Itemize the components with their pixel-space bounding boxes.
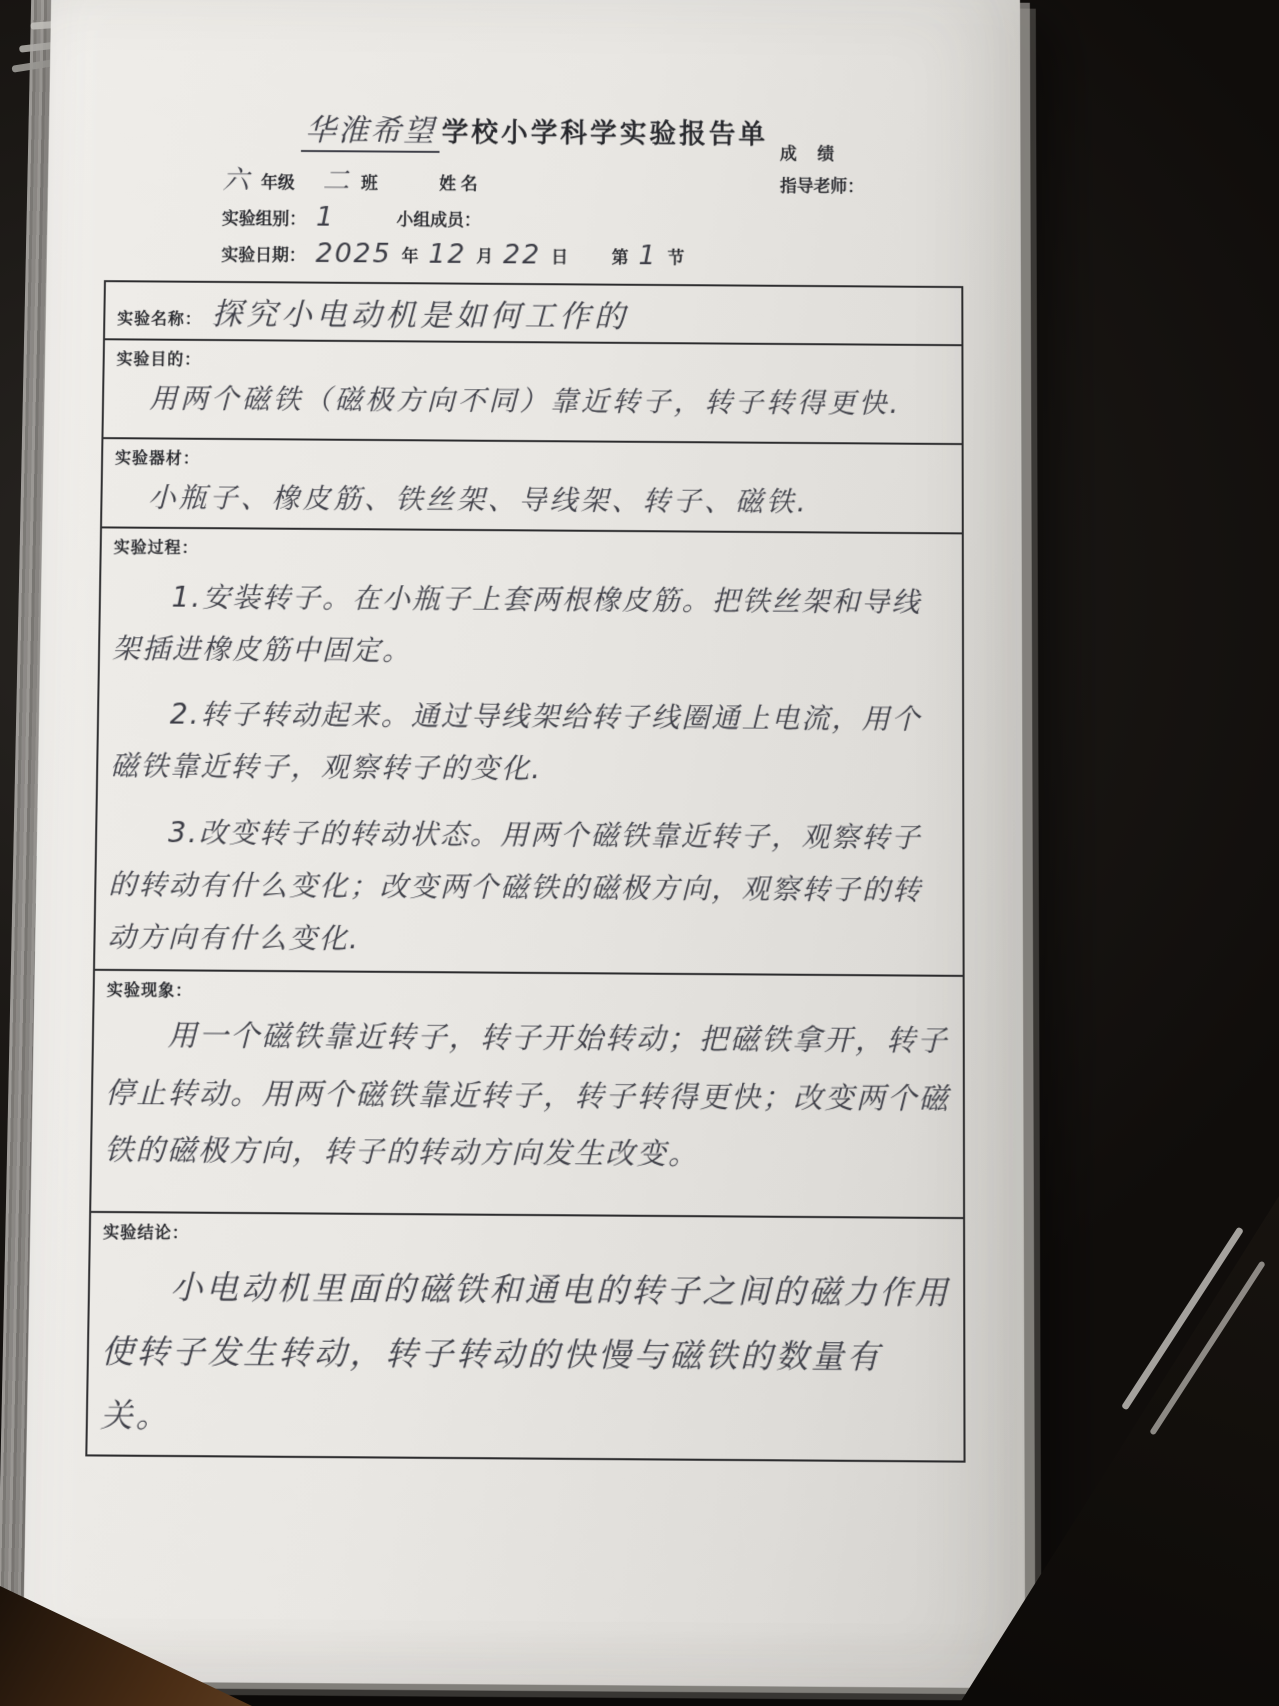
experiment-process-label: 实验过程： [114,534,950,563]
experiment-phenomenon-handwritten: 用一个磁铁靠近转子，转子开始转动；把磁铁拿开，转子停止转动。用两个磁铁靠近转子，… [104,1007,951,1186]
month-label: 月 [476,242,493,267]
year-label: 年 [402,242,419,267]
experiment-purpose-row: 实验目的： 用两个磁铁（磁极方向不同）靠近转子，转子转得更快. [102,339,962,444]
experiment-conclusion-row: 实验结论： 小电动机里面的磁铁和通电的转子之间的磁力作用使转子发生转动，转子转动… [86,1212,964,1461]
experiment-purpose-label: 实验目的： [116,346,949,374]
experiment-name-row: 实验名称：探究小电动机是如何工作的 [104,281,962,345]
report-table: 实验名称：探究小电动机是如何工作的 实验目的： 用两个磁铁（磁极方向不同）靠近转… [85,280,965,1462]
class-value-handwritten: 二 [322,168,351,195]
experiment-phenomenon-row: 实验现象： 用一个磁铁靠近转子，转子开始转动；把磁铁拿开，转子停止转动。用两个磁… [90,970,964,1218]
form-title-printed: 学校小学科学实验报告单 [442,118,769,150]
experiment-materials-label: 实验器材： [115,445,950,474]
report-form: 华淮希望学校小学科学实验报告单 成 绩 指导老师： 六 年级 二 班 姓 名 实… [22,0,1025,1688]
process-step-1-handwritten: 1.安装转子。在小瓶子上套两根橡皮筋。把铁丝架和导线架插进橡皮筋中固定。 [112,571,950,680]
experiment-name-label: 实验名称： [117,311,202,328]
experiment-name-handwritten: 探究小电动机是如何工作的 [211,297,628,335]
experiment-process-row: 实验过程： 1.安装转子。在小瓶子上套两根橡皮筋。把铁丝架和导线架插进橡皮筋中固… [94,527,964,976]
advisor-label: 指导老师： [780,170,864,203]
date-year-handwritten: 2025 [315,240,391,267]
grade-label: 年级 [261,168,295,193]
members-label: 小组成员： [396,206,480,231]
day-label: 日 [551,243,568,268]
score-advisor-block: 成 绩 指导老师： [780,138,864,203]
date-label: 实验日期： [221,241,306,266]
group-label: 实验组别： [222,204,307,229]
date-line: 实验日期： 2025 年 12 月 22 日 第 1 节 [221,235,963,277]
class-label: 班 [361,169,378,194]
experiment-materials-handwritten: 小瓶子、橡皮筋、铁丝架、导线架、转子、磁铁. [114,476,950,526]
school-name-handwritten: 华淮希望 [301,113,440,153]
score-label: 成 绩 [780,138,864,171]
process-step-2-handwritten: 2.转子转动起来。通过导线架给转子线圈通上电流，用个磁铁靠近转子，观察转子的变化… [110,688,950,798]
experiment-conclusion-handwritten: 小电动机里面的磁铁和通电的转子之间的磁力作用使转子发生转动，转子转动的快慢与磁铁… [100,1255,952,1453]
name-label: 姓 名 [439,170,478,195]
experiment-purpose-handwritten: 用两个磁铁（磁极方向不同）靠近转子，转子转得更快. [116,377,950,427]
date-day-handwritten: 22 [503,242,541,269]
grade-value-handwritten: 六 [222,167,251,194]
experiment-materials-row: 实验器材： 小瓶子、橡皮筋、铁丝架、导线架、转子、磁铁. [101,438,963,533]
group-value-handwritten: 1 [316,204,335,231]
date-month-handwritten: 12 [428,241,466,268]
session-prefix: 第 [612,243,629,268]
report-sheet: 华淮希望学校小学科学实验报告单 成 绩 指导老师： 六 年级 二 班 姓 名 实… [22,0,1025,1688]
group-members-line: 实验组别： 1 小组成员： [222,198,964,239]
experiment-phenomenon-label: 实验现象： [107,977,951,1006]
session-value-handwritten: 1 [638,243,657,270]
photo-scene: 华淮希望学校小学科学实验报告单 成 绩 指导老师： 六 年级 二 班 姓 名 实… [0,0,1279,1706]
session-suffix: 节 [667,244,684,269]
experiment-conclusion-label: 实验结论： [103,1220,951,1250]
process-step-3-handwritten: 3.改变转子的转动状态。用两个磁铁靠近转子，观察转子的转动有什么变化；改变两个磁… [107,806,950,969]
